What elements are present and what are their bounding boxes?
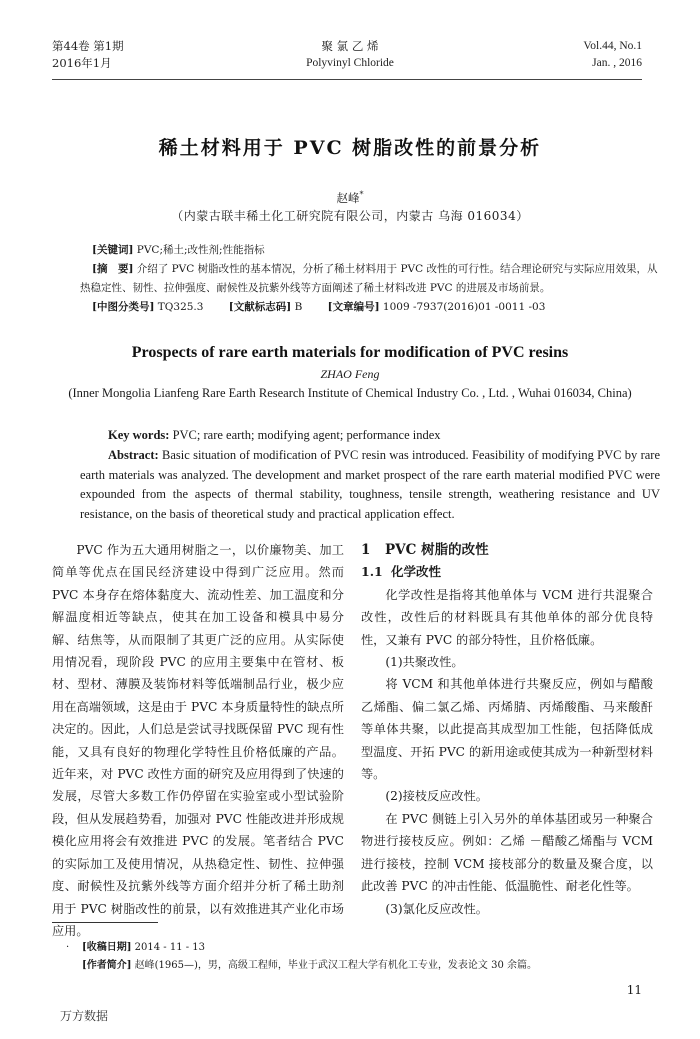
abstract-en-label: Abstract:: [108, 448, 159, 462]
clc-value: TQ325.3: [154, 301, 203, 313]
section-title: PVC 树脂的改性: [385, 542, 489, 558]
author-bio-value: 赵峰(1965—)，男，高级工程师，毕业于武汉工程大学有机化工专业，发表论文 3…: [131, 960, 537, 971]
doc-code-value: B: [291, 301, 302, 313]
header-left: 第44卷 第1期 2016年1月: [52, 38, 124, 72]
date-en: Jan. , 2016: [583, 55, 642, 72]
list-item-grafting: (2)接枝反应改性。: [361, 785, 653, 807]
footnote-received-date: ·[收稿日期] 2014 - 11 - 13: [66, 939, 205, 957]
article-no-label: [文章编号]: [328, 301, 380, 313]
intro-paragraph: PVC 作为五大通用树脂之一，以价廉物美、加工简单等优点在国民经济建设中得到广泛…: [52, 539, 344, 942]
bullet-dot: ·: [66, 939, 82, 957]
volume-issue-cn: 第44卷 第1期: [52, 38, 124, 55]
paragraph: 将 VCM 和其他单体进行共聚反应，例如与醋酸乙烯酯、偏二氯乙烯、丙烯腈、丙烯酸…: [361, 673, 653, 785]
classification-info: [中图分类号] TQ325.3 [文献标志码] B [文章编号] 1009 -7…: [92, 298, 672, 317]
paper-title-en: Prospects of rare earth materials for mo…: [0, 344, 700, 362]
received-value: 2014 - 11 - 13: [131, 942, 205, 953]
date-cn: 2016年1月: [52, 55, 124, 72]
volume-issue-en: Vol.44, No.1: [583, 38, 642, 55]
section-number: 1: [361, 539, 385, 561]
keywords-cn-text: PVC;稀土;改性剂;性能指标: [133, 244, 264, 256]
abstract-cn-text: 介绍了 PVC 树脂改性的基本情况，分析了稀土材料用于 PVC 改性的可行性。结…: [80, 263, 658, 294]
clc-label: [中图分类号]: [92, 301, 154, 313]
abstract-en: Abstract: Basic situation of modificatio…: [80, 446, 660, 524]
footnote-author-bio: [作者简介] 赵峰(1965—)，男，高级工程师，毕业于武汉工程大学有机化工专业…: [82, 957, 537, 975]
received-label: [收稿日期]: [82, 942, 131, 953]
keywords-en-label: Key words:: [108, 428, 169, 442]
body-column-right: 1PVC 树脂的改性 1.1化学改性 化学改性是指将其他单体与 VCM 进行共混…: [361, 539, 653, 920]
author-en: ZHAO Feng: [0, 367, 700, 382]
author-footnote-mark: *: [360, 190, 364, 199]
paragraph: 化学改性是指将其他单体与 VCM 进行共混聚合改性，改性后的材料既具有其他单体的…: [361, 584, 653, 651]
affiliation-cn: （内蒙古联丰稀土化工研究院有限公司，内蒙古 乌海 016034）: [0, 207, 700, 224]
keywords-cn-label: [关键词]: [92, 244, 133, 256]
list-item-chlorination: (3)氯化反应改性。: [361, 898, 653, 920]
subsection-title: 化学改性: [391, 564, 441, 579]
abstract-cn-label: [摘 要]: [92, 263, 133, 275]
author-name-cn: 赵峰: [337, 191, 360, 205]
doc-code-label: [文献标志码]: [229, 301, 291, 313]
author-cn: 赵峰*: [0, 190, 700, 206]
keywords-cn: [关键词] PVC;稀土;改性剂;性能指标: [92, 241, 672, 260]
footnote-divider: [52, 922, 158, 923]
abstract-en-text: Basic situation of modification of PVC r…: [80, 448, 660, 521]
subsection-heading-1-1: 1.1化学改性: [361, 561, 653, 583]
journal-name-en: Polyvinyl Chloride: [250, 55, 450, 72]
keywords-en-text: PVC; rare earth; modifying agent; perfor…: [169, 428, 440, 442]
affiliation-en: (Inner Mongolia Lianfeng Rare Earth Rese…: [0, 386, 700, 401]
header-center: 聚 氯 乙 烯 Polyvinyl Chloride: [250, 38, 450, 72]
article-no-value: 1009 -7937(2016)01 -0011 -03: [380, 301, 546, 313]
section-heading-1: 1PVC 树脂的改性: [361, 539, 653, 561]
page-number: 11: [627, 983, 642, 997]
keywords-en: Key words: PVC; rare earth; modifying ag…: [108, 426, 688, 446]
header-divider: [52, 79, 642, 80]
paper-title-cn: 稀土材料用于 PVC 树脂改性的前景分析: [0, 133, 700, 160]
abstract-cn: [摘 要] 介绍了 PVC 树脂改性的基本情况，分析了稀土材料用于 PVC 改性…: [80, 260, 660, 298]
list-item-copolymerization: (1)共聚改性。: [361, 651, 653, 673]
watermark: 万方数据: [60, 1007, 108, 1024]
body-column-left: PVC 作为五大通用树脂之一，以价廉物美、加工简单等优点在国民经济建设中得到广泛…: [52, 539, 344, 942]
paragraph: 在 PVC 侧链上引入另外的单体基团或另一种聚合物进行接枝反应。例如：乙烯 －醋…: [361, 808, 653, 898]
header-right: Vol.44, No.1 Jan. , 2016: [583, 38, 642, 72]
journal-name-cn: 聚 氯 乙 烯: [250, 38, 450, 55]
subsection-number: 1.1: [361, 561, 391, 583]
author-bio-label: [作者简介]: [82, 960, 131, 971]
